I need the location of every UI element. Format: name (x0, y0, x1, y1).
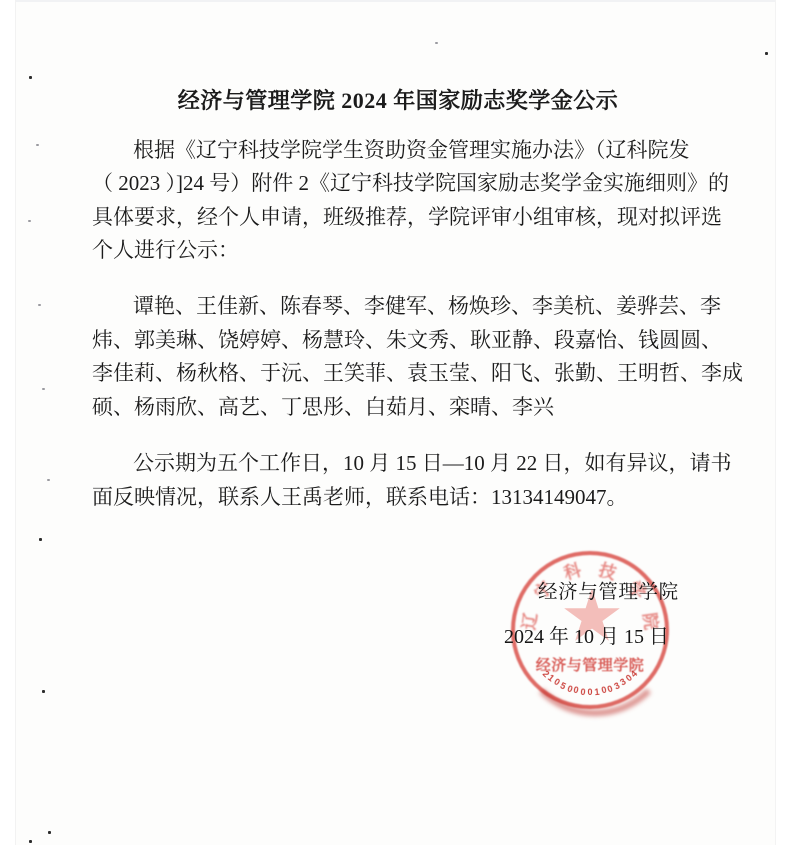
scan-edge-top (0, 0, 792, 2)
scan-speck (42, 388, 45, 390)
paragraph-line: 具体要求，经个人申请，班级推荐，学院评审小组审核，现对拟评选 (92, 201, 704, 235)
paragraph-line: 公示期为五个工作日，10 月 15 日—10 月 22 日，如有异议，请书 (92, 447, 704, 481)
paragraph-publicity-period: 公示期为五个工作日，10 月 15 日—10 月 22 日，如有异议，请书 面反… (92, 447, 704, 514)
paragraph-name-list: 谭艳、王佳新、陈春琴、李健军、杨焕珍、李美杭、姜骅芸、李 炜、郭美琳、饶婷婷、杨… (92, 290, 704, 424)
paragraph-line: 面反映情况，联系人王禹老师，联系电话：13134149047。 (92, 481, 704, 515)
notice-body: 经济与管理学院 2024 年国家励志奖学金公示 根据《辽宁科技学院学生资助资金管… (92, 84, 704, 514)
scan-speck (36, 144, 39, 146)
notice-title: 经济与管理学院 2024 年国家励志奖学金公示 (92, 84, 704, 118)
paragraph-line: 根据《辽宁科技学院学生资助资金管理实施办法》（辽科院发 (92, 134, 704, 168)
signature-date: 2024 年 10 月 15 日 (504, 620, 669, 649)
scan-speck (48, 831, 51, 834)
scan-edge-right (775, 0, 792, 845)
paragraph-line: 个人进行公示： (92, 234, 704, 268)
scanned-notice-page: 经济与管理学院 2024 年国家励志奖学金公示 根据《辽宁科技学院学生资助资金管… (0, 0, 792, 845)
scan-speck (42, 690, 45, 693)
scan-edge-left (0, 0, 16, 845)
names-line: 炜、郭美琳、饶婷婷、杨慧玲、朱文秀、耿亚静、段嘉怡、钱圆圆、 (92, 324, 704, 358)
scan-speck (38, 304, 41, 306)
signature-department: 经济与管理学院 (538, 576, 679, 604)
names-line: 硕、杨雨欣、高艺、丁思彤、白茹月、栾晴、李兴 (92, 391, 704, 425)
scan-speck (765, 52, 768, 55)
names-line: 谭艳、王佳新、陈春琴、李健军、杨焕珍、李美杭、姜骅芸、李 (92, 290, 704, 324)
names-line: 李佳莉、杨秋格、于沅、王笑菲、袁玉莹、阳飞、张勤、王明哲、李成 (92, 357, 704, 391)
scan-speck (29, 840, 32, 843)
paragraph-basis: 根据《辽宁科技学院学生资助资金管理实施办法》（辽科院发 （ 2023 ）]24 … (92, 134, 704, 268)
scan-speck (47, 479, 50, 481)
paragraph-line: （ 2023 ）]24 号）附件 2《辽宁科技学院国家励志奖学金实施细则》的 (92, 167, 704, 201)
scan-speck (28, 220, 31, 222)
scan-speck (435, 42, 438, 44)
scan-speck (39, 538, 42, 541)
scan-speck (29, 76, 32, 79)
